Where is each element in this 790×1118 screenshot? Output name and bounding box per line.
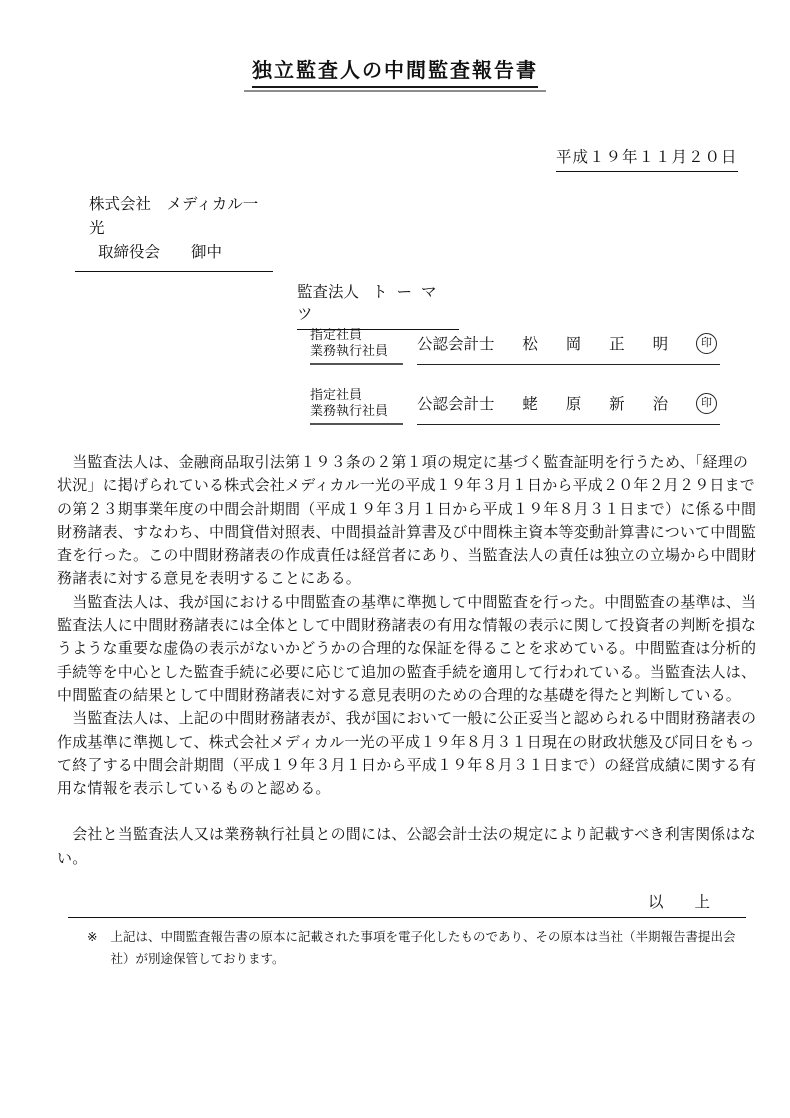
paragraph-audit-scope: 当監査法人は、金融商品取引法第１９３条の２第１項の規定に基づく監査証明を行うため… <box>57 452 751 592</box>
signer-name-char: 明 <box>653 332 669 354</box>
seal-icon: 印 <box>696 393 717 414</box>
signer-role-1: 指定社員 業務執行社員 <box>310 327 403 365</box>
audit-firm-prefix: 監査法人 <box>297 284 359 301</box>
signer-name-char: 蛯 <box>522 392 538 414</box>
paragraph-audit-opinion: 当監査法人は、上記の中間財務諸表が、我が国において一般に公正妥当と認められる中間… <box>57 708 751 801</box>
report-date: 平成１９年１１月２０日 <box>556 145 738 172</box>
signer-name-row-1: 公認会計士 松 岡 正 明 印 <box>417 325 720 365</box>
signer-name-char: 正 <box>609 332 625 354</box>
addressee-block: 株式会社 メディカル一光 取締役会 御中 <box>75 193 273 272</box>
closing-mark: 以 上 <box>648 890 710 912</box>
document-title: 独立監査人の中間監査報告書 <box>244 54 546 92</box>
signer-name-char: 岡 <box>566 332 582 354</box>
footnote-text: 上記は、中間監査報告書の原本に記載された事項を電子化したものであり、その原本は当… <box>110 926 735 970</box>
signer-title-2: 公認会計士 <box>417 392 495 414</box>
signer-title-1: 公認会計士 <box>417 332 495 354</box>
signer-name-row-2: 公認会計士 蛯 原 新 治 印 <box>417 385 720 425</box>
addressee-company: 株式会社 メディカル一光 <box>89 193 273 241</box>
report-body: 当監査法人は、金融商品取引法第１９３条の２第１項の規定に基づく監査証明を行うため… <box>57 452 751 871</box>
footnote-marker: ※ <box>87 926 97 970</box>
paragraph-interest-relation: 会社と当監査法人又は業務執行社員との間には、公認会計士法の規定により記載すべき利… <box>57 824 751 871</box>
addressee-board: 取締役会 御中 <box>89 241 273 265</box>
footnote: ※ 上記は、中間監査報告書の原本に記載された事項を電子化したものであり、その原本… <box>87 926 736 970</box>
signer-name-char: 原 <box>566 392 582 414</box>
interim-audit-report-page: 独立監査人の中間監査報告書 平成１９年１１月２０日 株式会社 メディカル一光 取… <box>0 0 790 1118</box>
signer-name-char: 松 <box>522 332 538 354</box>
signer-row-1: 指定社員 業務執行社員 公認会計士 松 岡 正 明 印 <box>310 325 720 365</box>
signer-row-2: 指定社員 業務執行社員 公認会計士 蛯 原 新 治 印 <box>310 385 720 425</box>
signer-name-char: 治 <box>653 392 669 414</box>
paragraph-audit-standards: 当監査法人は、我が国における中間監査の基準に準拠して中間監査を行った。中間監査の… <box>57 592 751 708</box>
signer-role-2: 指定社員 業務執行社員 <box>310 387 403 425</box>
signer-name-char: 新 <box>609 392 625 414</box>
audit-firm-line: 監査法人トーマツ <box>297 280 459 330</box>
footnote-divider <box>68 917 746 918</box>
seal-icon: 印 <box>696 333 717 354</box>
document-title-row: 独立監査人の中間監査報告書 <box>0 54 790 92</box>
